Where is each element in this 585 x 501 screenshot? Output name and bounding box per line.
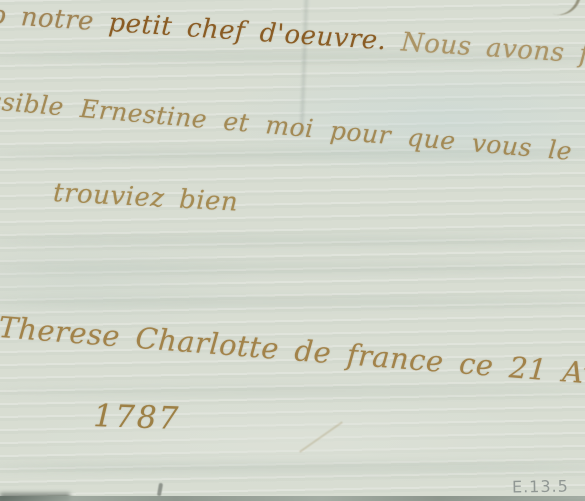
paper-streak: [0, 462, 585, 473]
line1-fragment-start: p notre: [0, 0, 110, 38]
archive-annotation: E.13.5: [512, 477, 569, 497]
handwritten-line-1: p notre petit chef d'oeuvre. Nous avons …: [0, 0, 585, 71]
scan-edge-shadow: [0, 496, 585, 501]
paper-scratch: [299, 421, 343, 452]
signature-line: Therese Charlotte de france ce 21 Avril: [0, 310, 585, 394]
handwritten-line-3: trouviez bien: [52, 178, 239, 218]
paper-streak: [0, 236, 585, 245]
paper-streak: [0, 262, 585, 274]
line1-fragment-emphasis: petit chef d'oeuvre.: [108, 8, 388, 56]
ink-stroke-top-right: [552, 0, 581, 21]
paper-streak: [0, 386, 585, 396]
ink-mark-bottom: [157, 483, 163, 496]
manuscript-page: p notre petit chef d'oeuvre. Nous avons …: [0, 0, 585, 501]
handwritten-line-2: ssible Ernestine et moi pour que vous le: [0, 86, 573, 166]
line1-fragment-end: Nous avons fai: [385, 26, 585, 71]
paper-streak: [0, 298, 585, 306]
date-year: 1787: [93, 398, 181, 437]
